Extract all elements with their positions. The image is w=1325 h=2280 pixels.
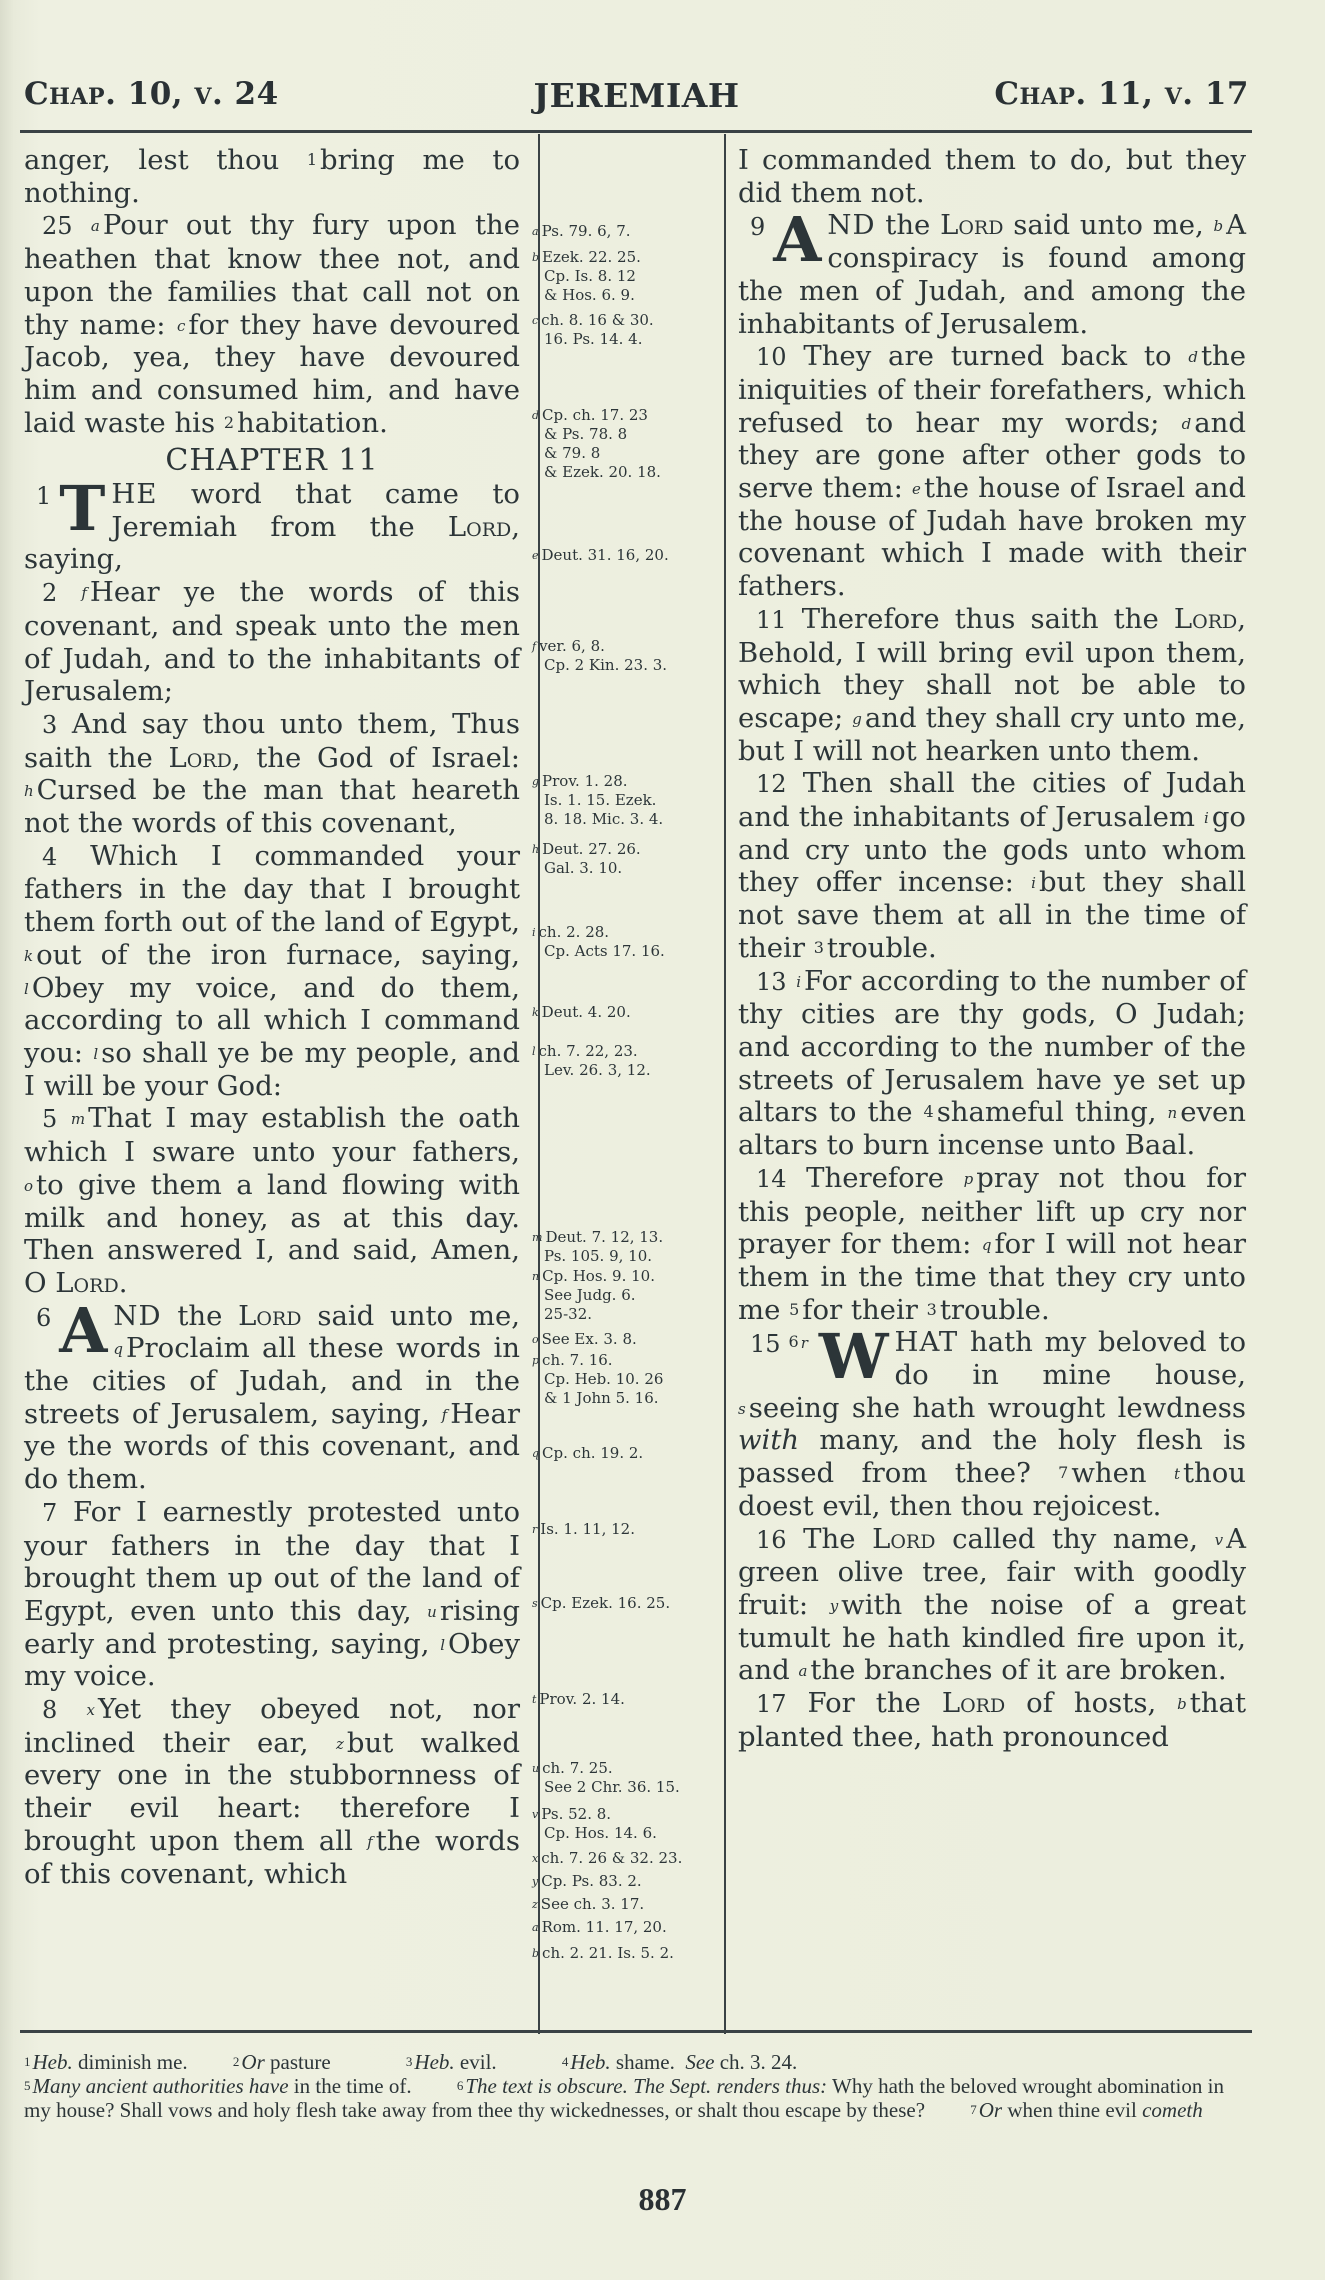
verse-11-4: 4 Which I commanded your fathers in the … (24, 840, 520, 1103)
cross-reference-f: fver. 6, 8.Cp. 2 Kin. 23. 3. (532, 637, 722, 675)
cross-reference-o: oSee Ex. 3. 8. (532, 1330, 722, 1349)
verse-11-6: 6AND the Lord said unto me, qProclaim al… (24, 1300, 520, 1496)
footnotes: 1Heb. diminish me. 2Or pasture 3Heb. evi… (24, 2050, 1250, 2122)
cross-reference-n: nCp. Hos. 9. 10.See Judg. 6.25-32. (532, 1267, 722, 1324)
header-rule (20, 130, 1252, 133)
verse-11-9: 9AND the Lord said unto me, bA conspirac… (738, 209, 1246, 340)
drop-cap: W (819, 1330, 889, 1384)
verse-11-5: 5 mThat I may establish the oath which I… (24, 1102, 520, 1299)
verse-11-13: 13 iFor according to the number of thy c… (738, 965, 1246, 1162)
footnote-2: 2Or pasture (233, 2050, 331, 2074)
cross-reference-h: hDeut. 27. 26.Gal. 3. 10. (532, 840, 722, 878)
running-header: Chap. 10, v. 24 JEREMIAH Chap. 11, v. 17 (24, 76, 1249, 126)
cross-reference-g: gProv. 1. 28.Is. 1. 15. Ezek.8. 18. Mic.… (532, 772, 722, 829)
cross-reference-e: eDeut. 31. 16, 20. (532, 546, 722, 565)
verse-11-1: 1THE word that came to Jeremiah from the… (24, 478, 520, 576)
cross-reference-b: bEzek. 22. 25.Cp. Is. 8. 12& Hos. 6. 9. (532, 248, 722, 305)
cross-reference-s: sCp. Ezek. 16. 25. (532, 1594, 722, 1613)
cross-reference-l: lch. 7. 22, 23.Lev. 26. 3, 12. (532, 1042, 722, 1080)
cross-reference-a: aPs. 79. 6, 7. (532, 222, 722, 241)
verse-11-7: 7 For I earnestly protested unto your fa… (24, 1496, 520, 1693)
footnote-3: 3Heb. evil. (406, 2050, 497, 2074)
cross-reference-x: xch. 7. 26 & 32. 23. (532, 1849, 722, 1868)
drop-cap: A (773, 213, 821, 267)
verse-11-3: 3 And say thou unto them, Thus saith the… (24, 708, 520, 840)
cross-reference-r: rIs. 1. 11, 12. (532, 1520, 722, 1539)
verse-11-14: 14 Therefore ppray not thou for this peo… (738, 1162, 1246, 1327)
cross-reference-d: dCp. ch. 17. 23& Ps. 78. 8& 79. 8& Ezek.… (532, 406, 722, 482)
right-text-column: I commanded them to do, but they did the… (738, 144, 1246, 1753)
footnote-1: 1Heb. diminish me. (24, 2050, 188, 2074)
cross-reference-k: kDeut. 4. 20. (532, 1003, 722, 1022)
verse-10-25: 25 aPour out thy fury upon the heathen t… (24, 209, 520, 439)
verse-10-24-cont: anger, lest thou 1bring me to nothing. (24, 144, 520, 209)
verse-11-15: 156rWHAT hath my beloved to do in mine h… (738, 1326, 1246, 1522)
left-text-column: anger, lest thou 1bring me to nothing. 2… (24, 144, 520, 1890)
cross-reference-t: tProv. 2. 14. (532, 1690, 722, 1709)
verse-11-10: 10 They are turned back to dthe iniquiti… (738, 340, 1246, 603)
header-chapter-end: Chap. 11, v. 17 (994, 76, 1249, 112)
cross-reference-y: yCp. Ps. 83. 2. (532, 1872, 722, 1891)
cross-reference-b: bch. 2. 21. Is. 5. 2. (532, 1944, 722, 1963)
cross-reference-m: mDeut. 7. 12, 13.Ps. 105. 9, 10. (532, 1228, 722, 1266)
drop-cap: T (59, 482, 105, 536)
footnote-4: 4Heb. shame. See ch. 3. 24. (562, 2050, 797, 2074)
verse-11-16: 16 The Lord called thy name, vA green ol… (738, 1523, 1246, 1688)
cross-reference-a: aRom. 11. 17, 20. (532, 1918, 722, 1937)
verse-11-8-cont: I commanded them to do, but they did the… (738, 144, 1246, 209)
footnote-7: 7Or when thine evil cometh (970, 2098, 1202, 2122)
cross-reference-z: zSee ch. 3. 17. (532, 1895, 722, 1914)
cross-reference-i: ich. 2. 28.Cp. Acts 17. 16. (532, 923, 722, 961)
bible-page: Chap. 10, v. 24 JEREMIAH Chap. 11, v. 17… (0, 0, 1325, 2280)
cross-reference-u: uch. 7. 25.See 2 Chr. 36. 15. (532, 1759, 722, 1797)
drop-cap: A (59, 1304, 107, 1358)
cross-reference-q: qCp. ch. 19. 2. (532, 1444, 722, 1463)
footnote-rule (20, 2030, 1252, 2033)
verse-11-8: 8 xYet they obeyed not, nor inclined the… (24, 1693, 520, 1890)
verse-11-11: 11 Therefore thus saith the Lord, Behold… (738, 603, 1246, 768)
cross-reference-c: cch. 8. 16 & 30.16. Ps. 14. 4. (532, 311, 722, 349)
verse-11-12: 12 Then shall the cities of Judah and th… (738, 767, 1246, 964)
page-number: 887 (0, 2181, 1325, 2218)
footnote-5: 5Many ancient authorities have in the ti… (24, 2074, 412, 2098)
verse-11-17: 17 For the Lord of hosts, bthat planted … (738, 1687, 1246, 1753)
cross-reference-v: vPs. 52. 8.Cp. Hos. 14. 6. (532, 1805, 722, 1843)
column-divider-right (724, 134, 726, 2034)
verse-11-2: 2 fHear ye the words of this covenant, a… (24, 576, 520, 708)
cross-reference-p: pch. 7. 16.Cp. Heb. 10. 26& 1 John 5. 16… (532, 1351, 722, 1408)
